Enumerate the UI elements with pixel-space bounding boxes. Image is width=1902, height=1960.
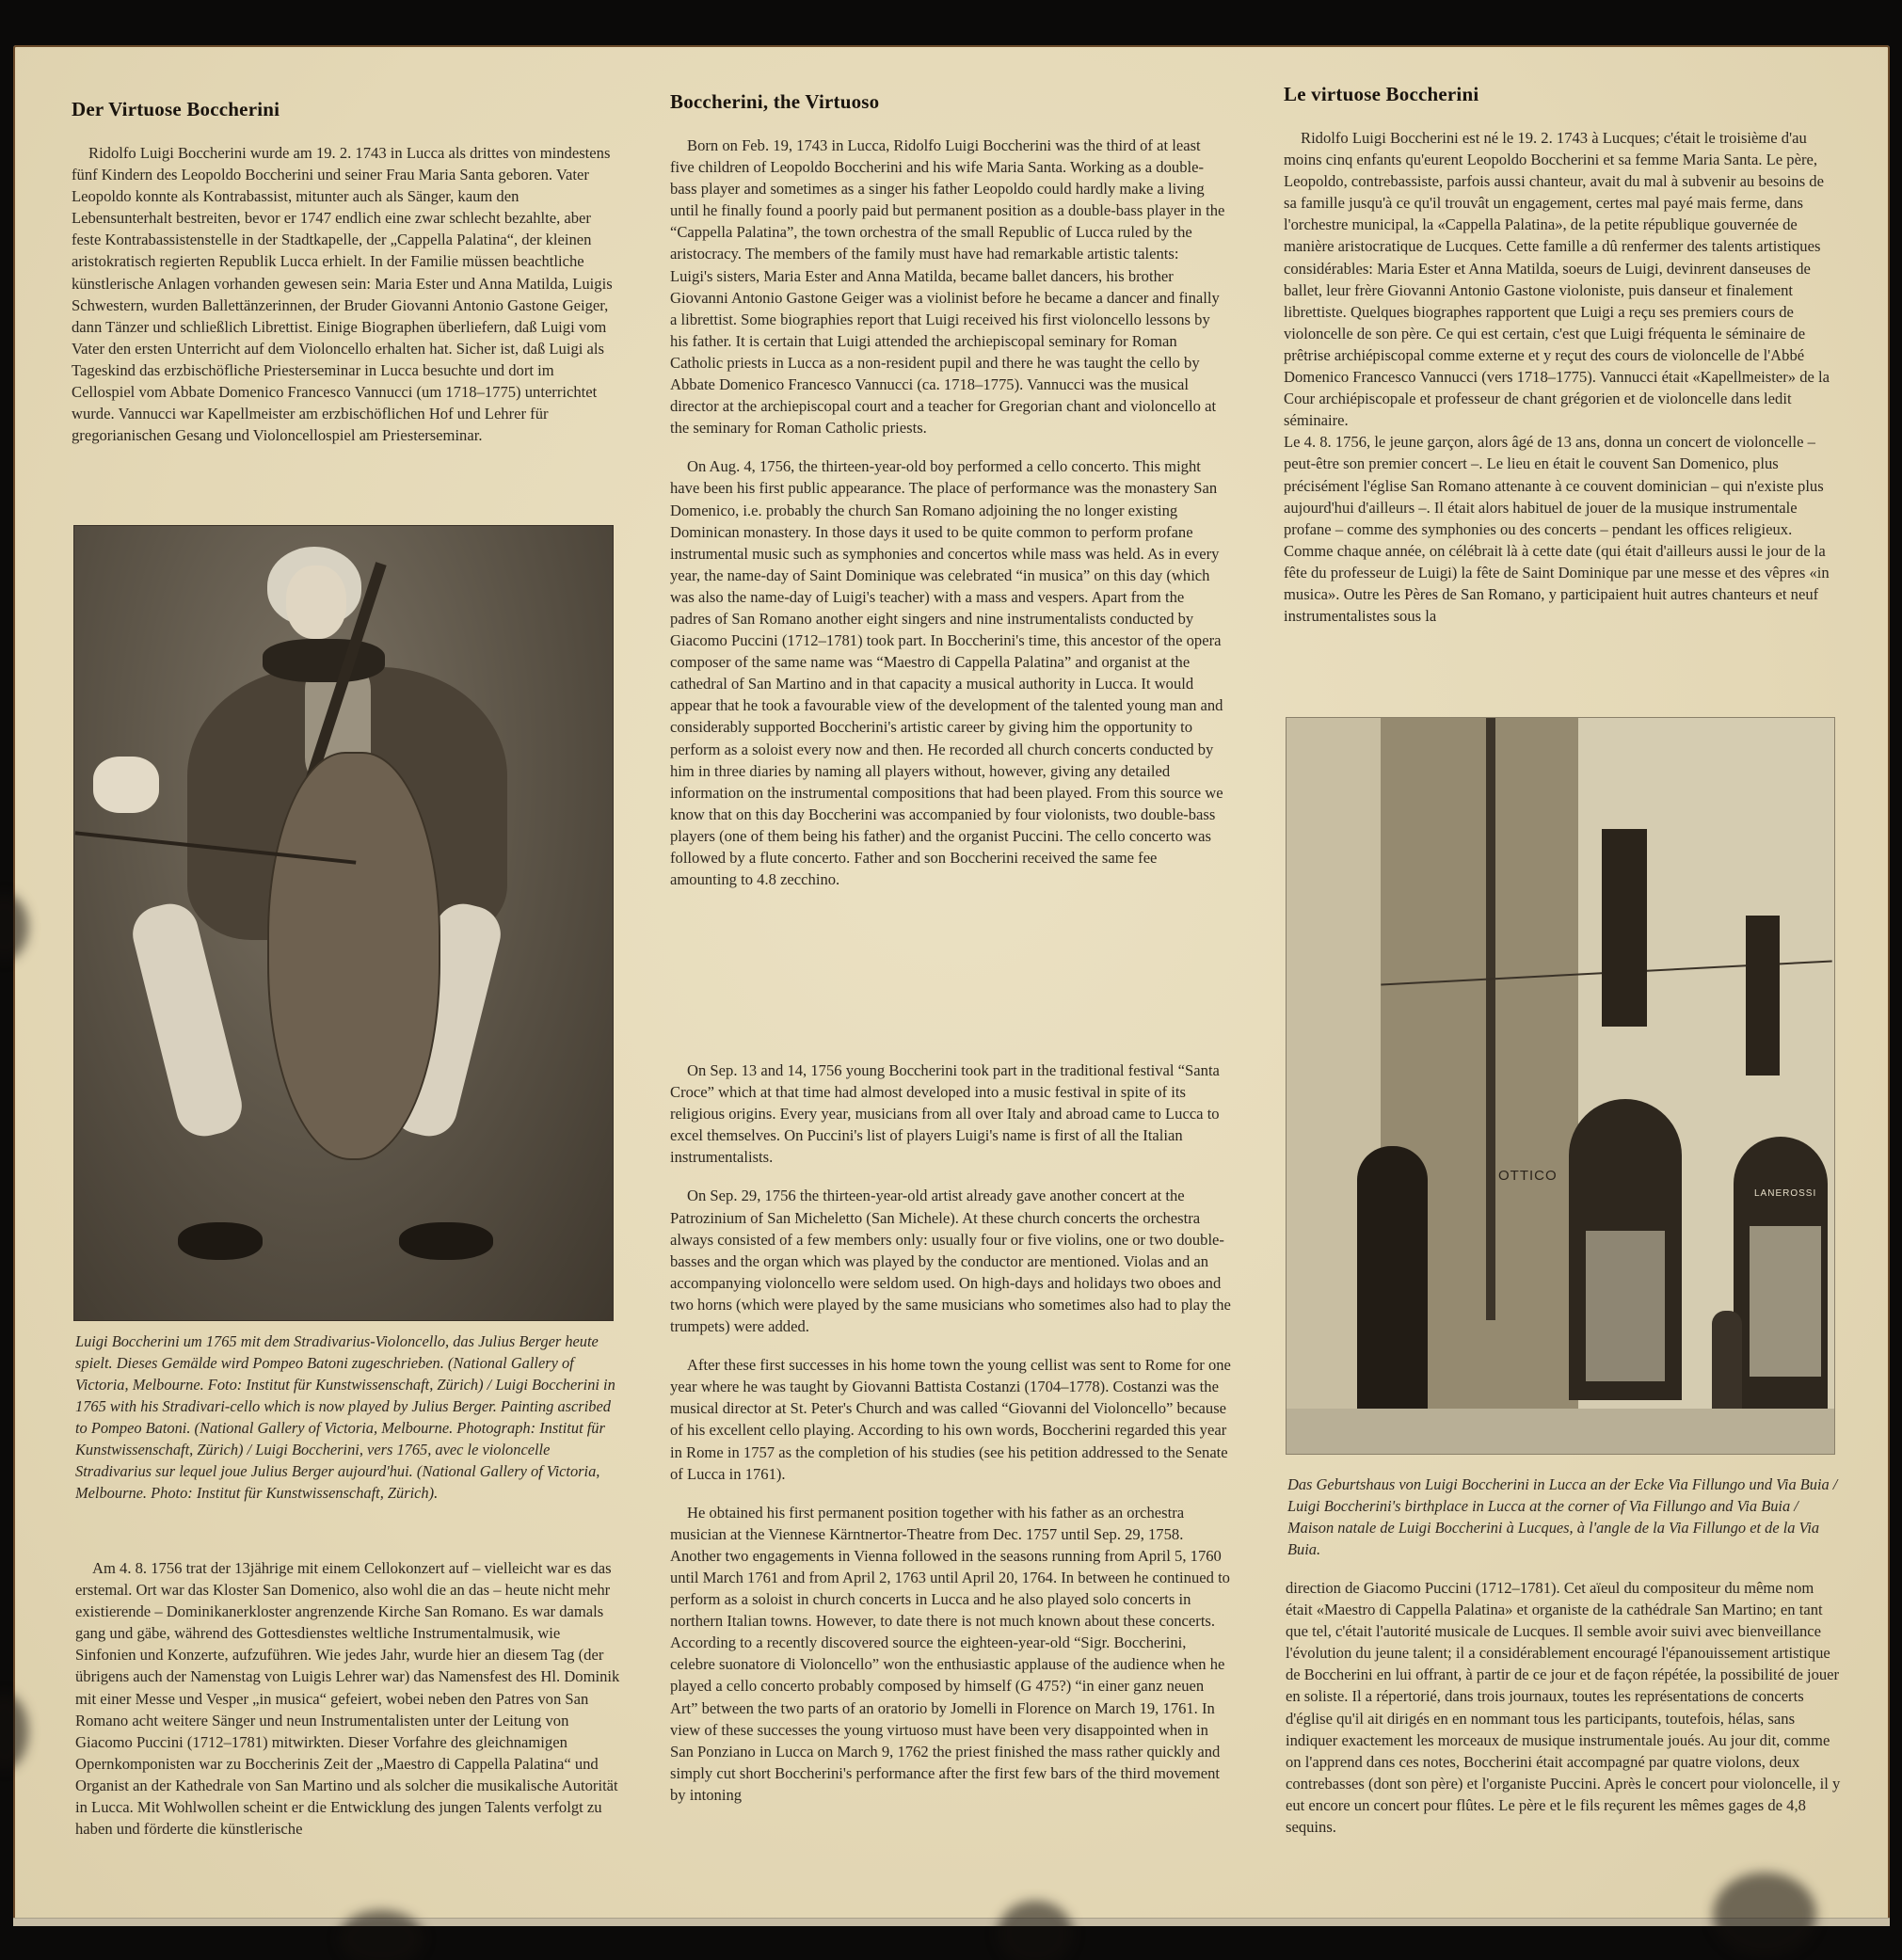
- boccherini-portrait-image: [73, 525, 614, 1321]
- english-paragraph-5: After these first successes in his home …: [670, 1354, 1231, 1485]
- english-column-lower: On Sep. 13 and 14, 1756 young Boccherini…: [670, 1060, 1231, 1823]
- shop-sign-ottico: OTTICO: [1498, 1168, 1558, 1184]
- french-column-lower: direction de Giacomo Puccini (1712–1781)…: [1286, 1577, 1841, 1855]
- french-title: Le virtuose Boccherini: [1284, 83, 1839, 106]
- doorway: [1357, 1146, 1428, 1442]
- portrait-shoe-left: [178, 1222, 263, 1260]
- german-column-lower: Am 4. 8. 1756 trat der 13jährige mit ein…: [75, 1557, 621, 1856]
- german-paragraph-2: Am 4. 8. 1756 trat der 13jährige mit ein…: [75, 1557, 621, 1840]
- english-paragraph-2: On Aug. 4, 1756, the thirteen-year-old b…: [670, 455, 1225, 890]
- finger-shadow: [1713, 1872, 1816, 1957]
- french-column: Le virtuose Boccherini Ridolfo Luigi Boc…: [1284, 83, 1839, 644]
- portrait-caption-block: Luigi Boccherini um 1765 mit dem Stradiv…: [75, 1331, 621, 1504]
- birthplace-photo-image: OTTICO LANEROSSI: [1286, 717, 1835, 1455]
- finger-shadow: [339, 1910, 424, 1960]
- upper-window: [1746, 916, 1780, 1076]
- portrait-hand: [93, 757, 159, 813]
- english-title: Boccherini, the Virtuoso: [670, 90, 1225, 114]
- page-edge: [13, 1918, 1890, 1926]
- portrait-caption: Luigi Boccherini um 1765 mit dem Stradiv…: [75, 1331, 621, 1504]
- portrait-face: [286, 566, 346, 639]
- shop-sign-lanerossi: LANEROSSI: [1754, 1188, 1816, 1199]
- french-paragraph-1: Ridolfo Luigi Boccherini est né le 19. 2…: [1284, 127, 1839, 431]
- german-column: Der Virtuose Boccherini Ridolfo Luigi Bo…: [72, 98, 617, 463]
- german-paragraph-1: Ridolfo Luigi Boccherini wurde am 19. 2.…: [72, 142, 617, 446]
- shop-window: [1750, 1226, 1821, 1377]
- cello-body: [267, 752, 440, 1160]
- portrait-cravat: [263, 639, 385, 682]
- german-title: Der Virtuose Boccherini: [72, 98, 617, 121]
- street-pavement: [1287, 1409, 1834, 1454]
- french-paragraph-3: direction de Giacomo Puccini (1712–1781)…: [1286, 1577, 1841, 1838]
- english-column: Boccherini, the Virtuoso Born on Feb. 19…: [670, 90, 1225, 907]
- pedestrian: [1712, 1311, 1742, 1419]
- drain-pipe: [1486, 718, 1495, 1320]
- birthplace-caption-block: Das Geburtshaus von Luigi Boccherini in …: [1287, 1474, 1843, 1560]
- portrait-shoe-right: [399, 1222, 493, 1260]
- upper-window: [1602, 829, 1647, 1027]
- finger-shadow: [998, 1901, 1073, 1960]
- english-paragraph-3: On Sep. 13 and 14, 1756 young Boccherini…: [670, 1060, 1231, 1168]
- french-paragraph-2: Le 4. 8. 1756, le jeune garçon, alors âg…: [1284, 431, 1839, 627]
- english-paragraph-1: Born on Feb. 19, 1743 in Lucca, Ridolfo …: [670, 135, 1225, 438]
- shop-window: [1586, 1231, 1665, 1381]
- birthplace-caption: Das Geburtshaus von Luigi Boccherini in …: [1287, 1474, 1843, 1560]
- english-paragraph-6: He obtained his first permanent position…: [670, 1502, 1231, 1806]
- english-paragraph-4: On Sep. 29, 1756 the thirteen-year-old a…: [670, 1185, 1231, 1337]
